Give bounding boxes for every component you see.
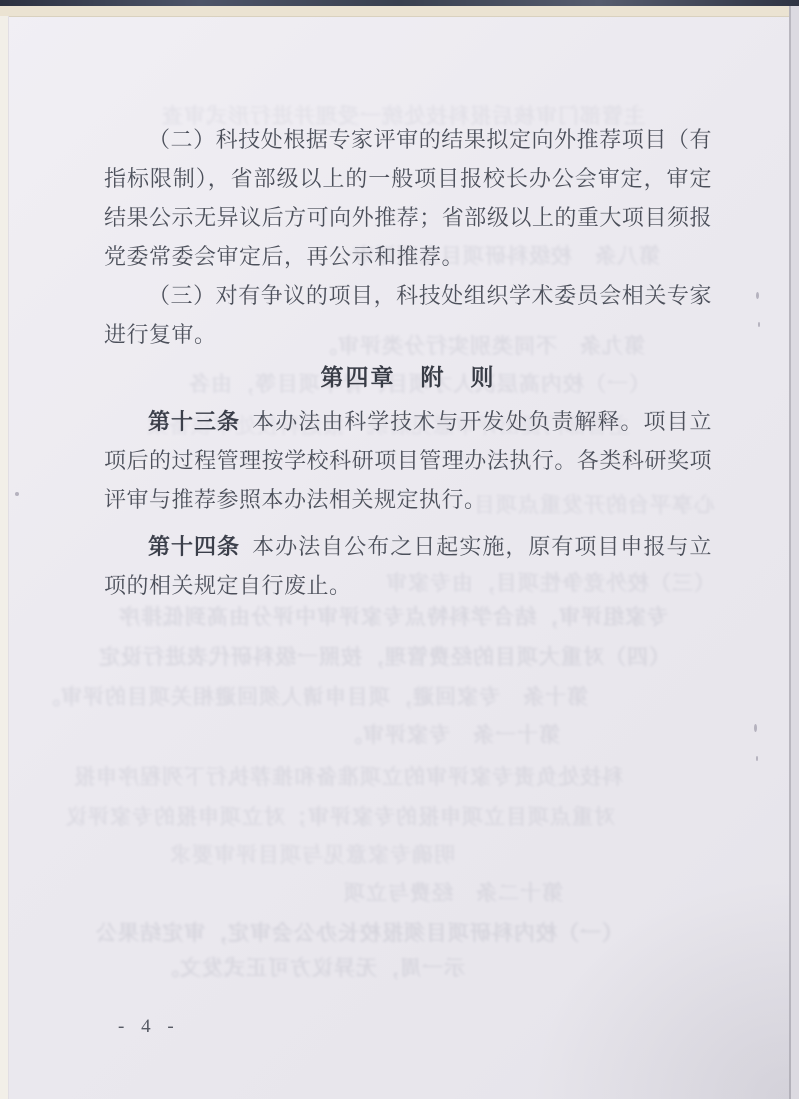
ghost-text-line: 对重点项目立项申报的专家评审；对立项申报的专家评议 [100, 804, 615, 830]
scanned-document-page: 主管部门审核后报科技处统一受理并进行形式审查第八条 校级科研项目立项评审第九条 … [0, 0, 799, 1099]
paragraph-item-2: （二）科技处根据专家评审的结果拟定向外推荐项目（有指标限制），省部级以上的一般项… [104, 120, 712, 276]
ghost-text-line: 科技处负责专家评审的立项准备和推荐执行下列程序申报 [108, 764, 623, 790]
ghost-text-line: 明确专家意见与项目评审要求 [205, 842, 455, 868]
scanner-right-edge [791, 6, 799, 1099]
page-top-edge [0, 6, 799, 17]
article-13: 第十三条本办法由科学技术与开发处负责解释。项目立项后的过程管理按学校科研项目管理… [104, 402, 712, 519]
article-14-label: 第十四条 [148, 534, 240, 559]
paper-speck [754, 724, 757, 732]
paper-shading [531, 879, 791, 1099]
paper-speck [756, 756, 758, 761]
paper-speck [756, 292, 759, 299]
ghost-text-line: 第十一条 专家评审。 [375, 722, 560, 748]
paragraph-item-3: （三）对有争议的项目，科技处组织学术委员会相关专家进行复审。 [104, 276, 712, 354]
ghost-text-line: 专家组评审，结合学科特点专家评审中评分由高到低排序 [108, 604, 668, 630]
ghost-text-line: 第十条 专家回避，项目申请人须回避相关项目的评审。 [108, 684, 588, 710]
article-13-label: 第十三条 [148, 409, 240, 434]
document-body: （二）科技处根据专家评审的结果拟定向外推荐项目（有指标限制），省部级以上的一般项… [104, 120, 712, 605]
paper-speck [758, 322, 760, 327]
chapter-heading: 第四章 附 则 [104, 358, 712, 397]
ghost-text-line: （四）对重大项目的经费管理，按照一级科研代表进行设定 [130, 644, 670, 670]
article-14: 第十四条本办法自公布之日起实施，原有项目申报与立项的相关规定自行废止。 [104, 527, 712, 605]
page-left-edge [0, 16, 9, 1099]
ghost-text-line: 示一周，无异议方可正式发文。 [205, 955, 465, 981]
paper-speck [15, 492, 19, 496]
page-number: - 4 - [118, 1016, 180, 1038]
